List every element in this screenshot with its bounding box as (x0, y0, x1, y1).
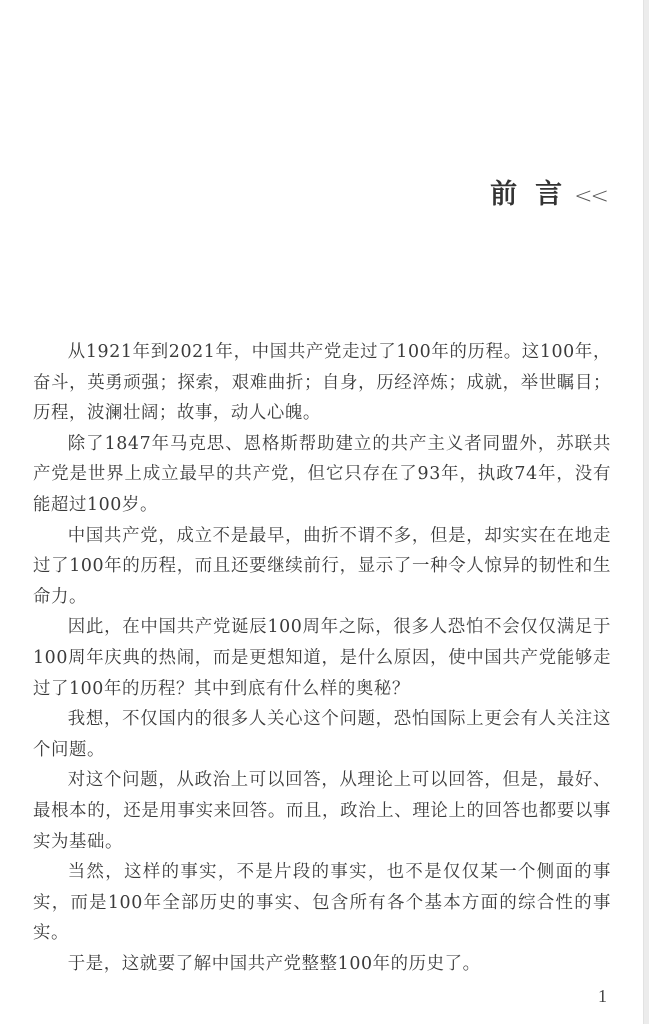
paragraph: 我想，不仅国内的很多人关心这个问题，恐怕国际上更会有人关注这个问题。 (33, 704, 611, 765)
paragraph: 对这个问题，从政治上可以回答，从理论上可以回答，但是，最好、最根本的，还是用事实… (33, 765, 611, 857)
page-title: 前言 (490, 172, 580, 211)
body-text: 从1921年到2021年，中国共产党走过了100年的历程。这100年，奋斗，英勇… (33, 337, 611, 979)
paragraph: 从1921年到2021年，中国共产党走过了100年的历程。这100年，奋斗，英勇… (33, 337, 611, 429)
page-number: 1 (598, 986, 607, 1007)
paragraph: 除了1847年马克思、恩格斯帮助建立的共产主义者同盟外，苏联共产党是世界上成立最… (33, 429, 611, 521)
paragraph: 因此，在中国共产党诞辰100周年之际，很多人恐怕不会仅仅满足于100周年庆典的热… (33, 612, 611, 704)
paragraph: 于是，这就要了解中国共产党整整100年的历史了。 (33, 949, 611, 980)
chapter-heading: 前言 << (490, 172, 607, 211)
double-chevron-left-icon: << (574, 184, 607, 209)
paragraph: 中国共产党，成立不是最早，曲折不谓不多，但是，却实实在在地走过了100年的历程，… (33, 521, 611, 613)
paragraph: 当然，这样的事实，不是片段的事实，也不是仅仅某一个侧面的事实，而是100年全部历… (33, 857, 611, 949)
page-edge (643, 0, 649, 1024)
